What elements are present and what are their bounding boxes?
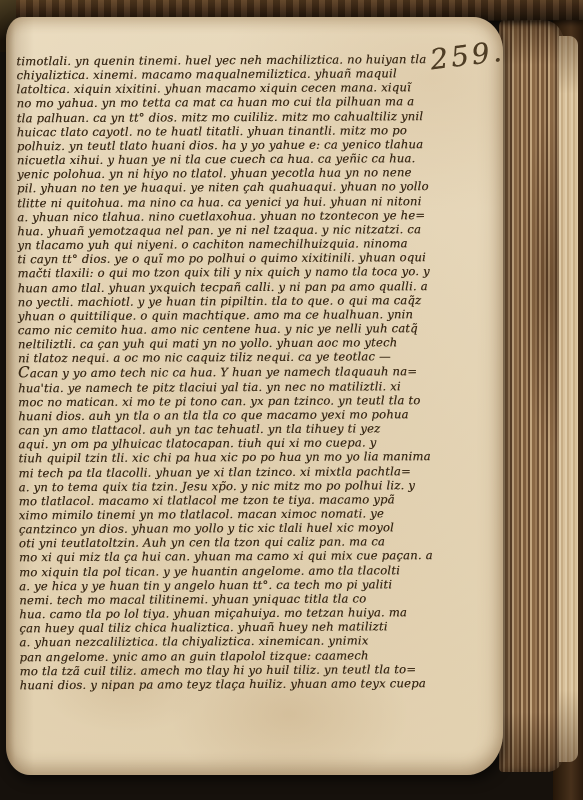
page-edges-light	[559, 36, 578, 762]
manuscript-page: 259. timotlali. yn quenin tinemi. huel y…	[6, 17, 503, 775]
manuscript-line: mo xi qui miz tla ça hui can. yhuan ma c…	[19, 548, 503, 565]
manuscript-line: tiuh quipil tzin tli. xic chi pa hua xic…	[18, 449, 502, 466]
manuscript-photo: 259. timotlali. yn quenin tinemi. huel y…	[0, 0, 583, 800]
manuscript-line: huani dios. y nipan pa amo teyz tlaça hu…	[20, 676, 504, 693]
book-fore-edge-pages	[499, 20, 563, 772]
manuscript-line: pil. yhuan no ten ye huaqui. ye niten ça…	[17, 179, 501, 196]
manuscript-text-block: timotlali. yn quenin tinemi. huel yec ne…	[16, 52, 503, 693]
manuscript-line: mačti tlaxili: o qui mo tzon quix tili y…	[17, 264, 501, 281]
